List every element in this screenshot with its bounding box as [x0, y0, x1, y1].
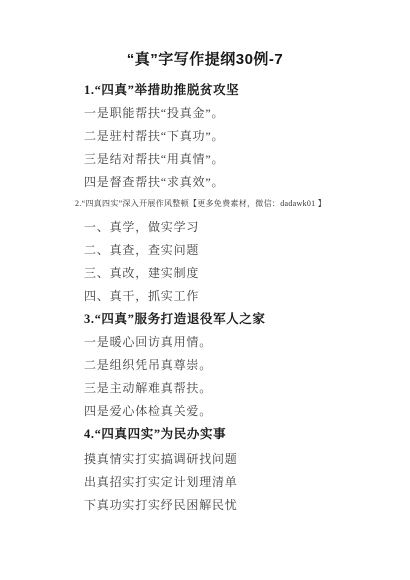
section-4: 4.“四真四实”为民办实事 摸真情实打实搞调研找问题 出真招实打实定计划理清单 … [84, 428, 392, 511]
outline-line: 出真招实打实定计划理清单 [84, 476, 392, 488]
section-3: 3.“四真”服务打造退役军人之家 一是暖心回访真用情。 二是组织凭吊真尊崇。 三… [84, 313, 392, 417]
outline-line: 二是组织凭吊真尊崇。 [84, 359, 392, 371]
outline-line: 一是暖心回访真用情。 [84, 336, 392, 348]
section-1: 1.“四真”举措助推脱贫攻坚 一是职能帮扶“投真金”。 二是驻村帮扶“下真功”。… [84, 84, 392, 188]
outline-line: 二、真查，查实问题 [84, 244, 392, 256]
document-title: “真”字写作提纲30例-7 [0, 52, 410, 68]
outline-line: 一、真学，做实学习 [84, 221, 392, 233]
outline-line: 三是主动解难真帮扶。 [84, 382, 392, 394]
outline-line: 四是督查帮扶“求真效”。 [84, 176, 392, 188]
document-page: “真”字写作提纲30例-7 1.“四真”举措助推脱贫攻坚 一是职能帮扶“投真金”… [0, 0, 410, 580]
document-body: 1.“四真”举措助推脱贫攻坚 一是职能帮扶“投真金”。 二是驻村帮扶“下真功”。… [0, 68, 410, 511]
outline-line: 四、真干，抓实工作 [84, 290, 392, 302]
outline-line: 三是结对帮扶“用真情”。 [84, 153, 392, 165]
section-3-heading: 3.“四真”服务打造退役军人之家 [84, 313, 392, 326]
outline-line: 摸真情实打实搞调研找问题 [84, 453, 392, 465]
outline-line: 三、真改，建实制度 [84, 267, 392, 279]
section-4-heading: 4.“四真四实”为民办实事 [84, 428, 392, 441]
section-2-heading: 2.“四真四实”深入开展作风整顿【更多免费素材，微信：dadawk01 】 [75, 199, 392, 209]
section-1-heading: 1.“四真”举措助推脱贫攻坚 [84, 84, 392, 97]
outline-line: 二是驻村帮扶“下真功”。 [84, 130, 392, 142]
section-2: 2.“四真四实”深入开展作风整顿【更多免费素材，微信：dadawk01 】 一、… [84, 199, 392, 302]
outline-line: 一是职能帮扶“投真金”。 [84, 107, 392, 119]
outline-line: 四是爱心体检真关爱。 [84, 405, 392, 417]
outline-line: 下真功实打实纾民困解民忧 [84, 499, 392, 511]
